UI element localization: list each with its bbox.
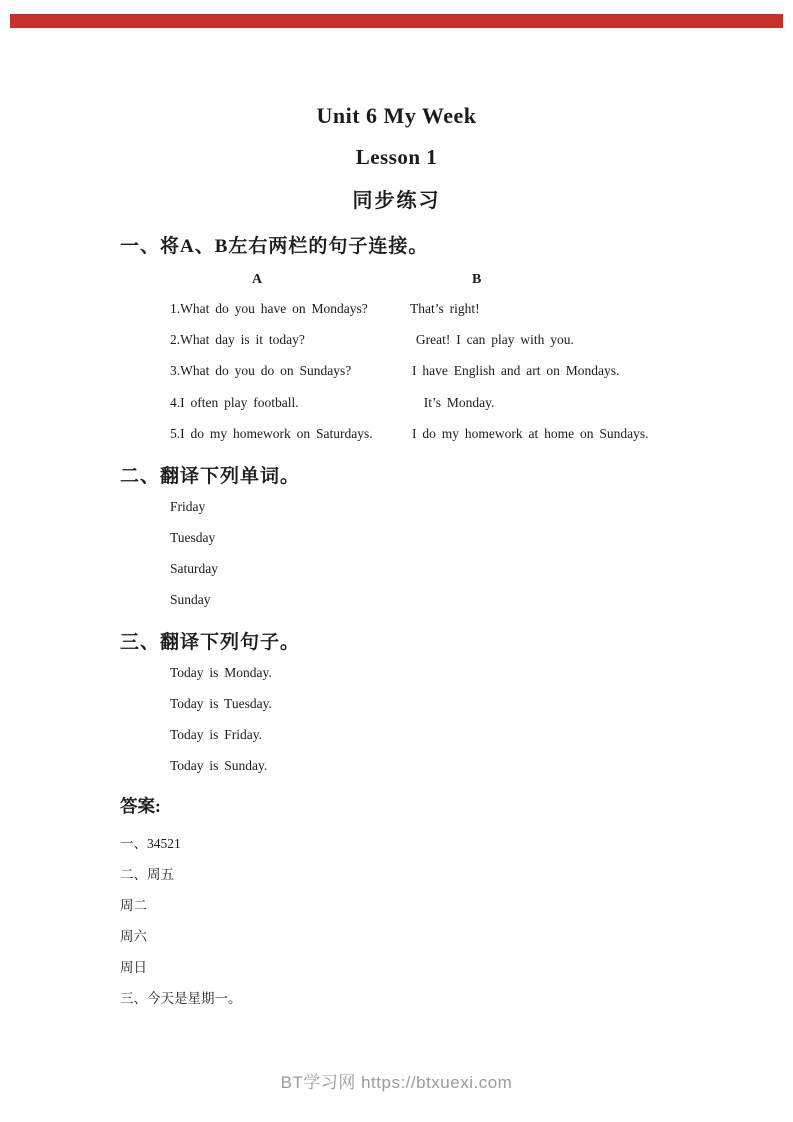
lesson-subtitle: Lesson 1 — [0, 145, 793, 170]
word-item: Sunday — [170, 592, 211, 608]
match-item-b: I do my homework at home on Sundays. — [412, 426, 648, 442]
top-red-banner — [10, 14, 783, 28]
match-item-b: Great! I can play with you. — [410, 332, 574, 348]
section-two-heading: 二、翻译下列单词。 — [120, 461, 300, 488]
match-item-a: 4.I often play football. — [170, 395, 299, 411]
page-title: Unit 6 My Week — [0, 103, 793, 129]
worksheet-page: Unit 6 My Week Lesson 1 同步练习 一、将A、B左右两栏的… — [0, 0, 793, 1122]
answer-line: 三、今天是星期一。 — [120, 987, 242, 1007]
sentence-item: Today is Monday. — [170, 665, 272, 681]
word-item: Tuesday — [170, 530, 215, 546]
match-item-a: 2.What day is it today? — [170, 332, 305, 348]
answer-line: 二、周五 — [120, 863, 174, 883]
sentence-item: Today is Tuesday. — [170, 696, 272, 712]
section-three-heading: 三、翻译下列句子。 — [120, 627, 300, 654]
answer-line: 周六 — [120, 925, 147, 945]
answer-line: 一、34521 — [120, 832, 181, 852]
answers-heading: 答案: — [120, 793, 161, 818]
match-item-b: It’s Monday. — [412, 395, 494, 411]
column-b-header: B — [472, 272, 481, 288]
section-one-heading: 一、将A、B左右两栏的句子连接。 — [120, 231, 428, 258]
sentence-item: Today is Sunday. — [170, 758, 267, 774]
column-a-header: A — [252, 272, 262, 288]
match-item-b: That’s right! — [410, 301, 480, 317]
match-item-a: 5.I do my homework on Saturdays. — [170, 426, 373, 442]
answer-line: 周日 — [120, 956, 147, 976]
sentence-item: Today is Friday. — [170, 727, 262, 743]
word-item: Saturday — [170, 561, 218, 577]
word-item: Friday — [170, 499, 205, 515]
match-item-a: 3.What do you do on Sundays? — [170, 363, 351, 379]
match-item-b: I have English and art on Mondays. — [412, 363, 619, 379]
site-watermark: BT学习网 https://btxuexi.com — [0, 1068, 793, 1093]
answer-line: 周二 — [120, 894, 147, 914]
match-item-a: 1.What do you have on Mondays? — [170, 301, 368, 317]
practice-subtitle: 同步练习 — [0, 184, 793, 213]
